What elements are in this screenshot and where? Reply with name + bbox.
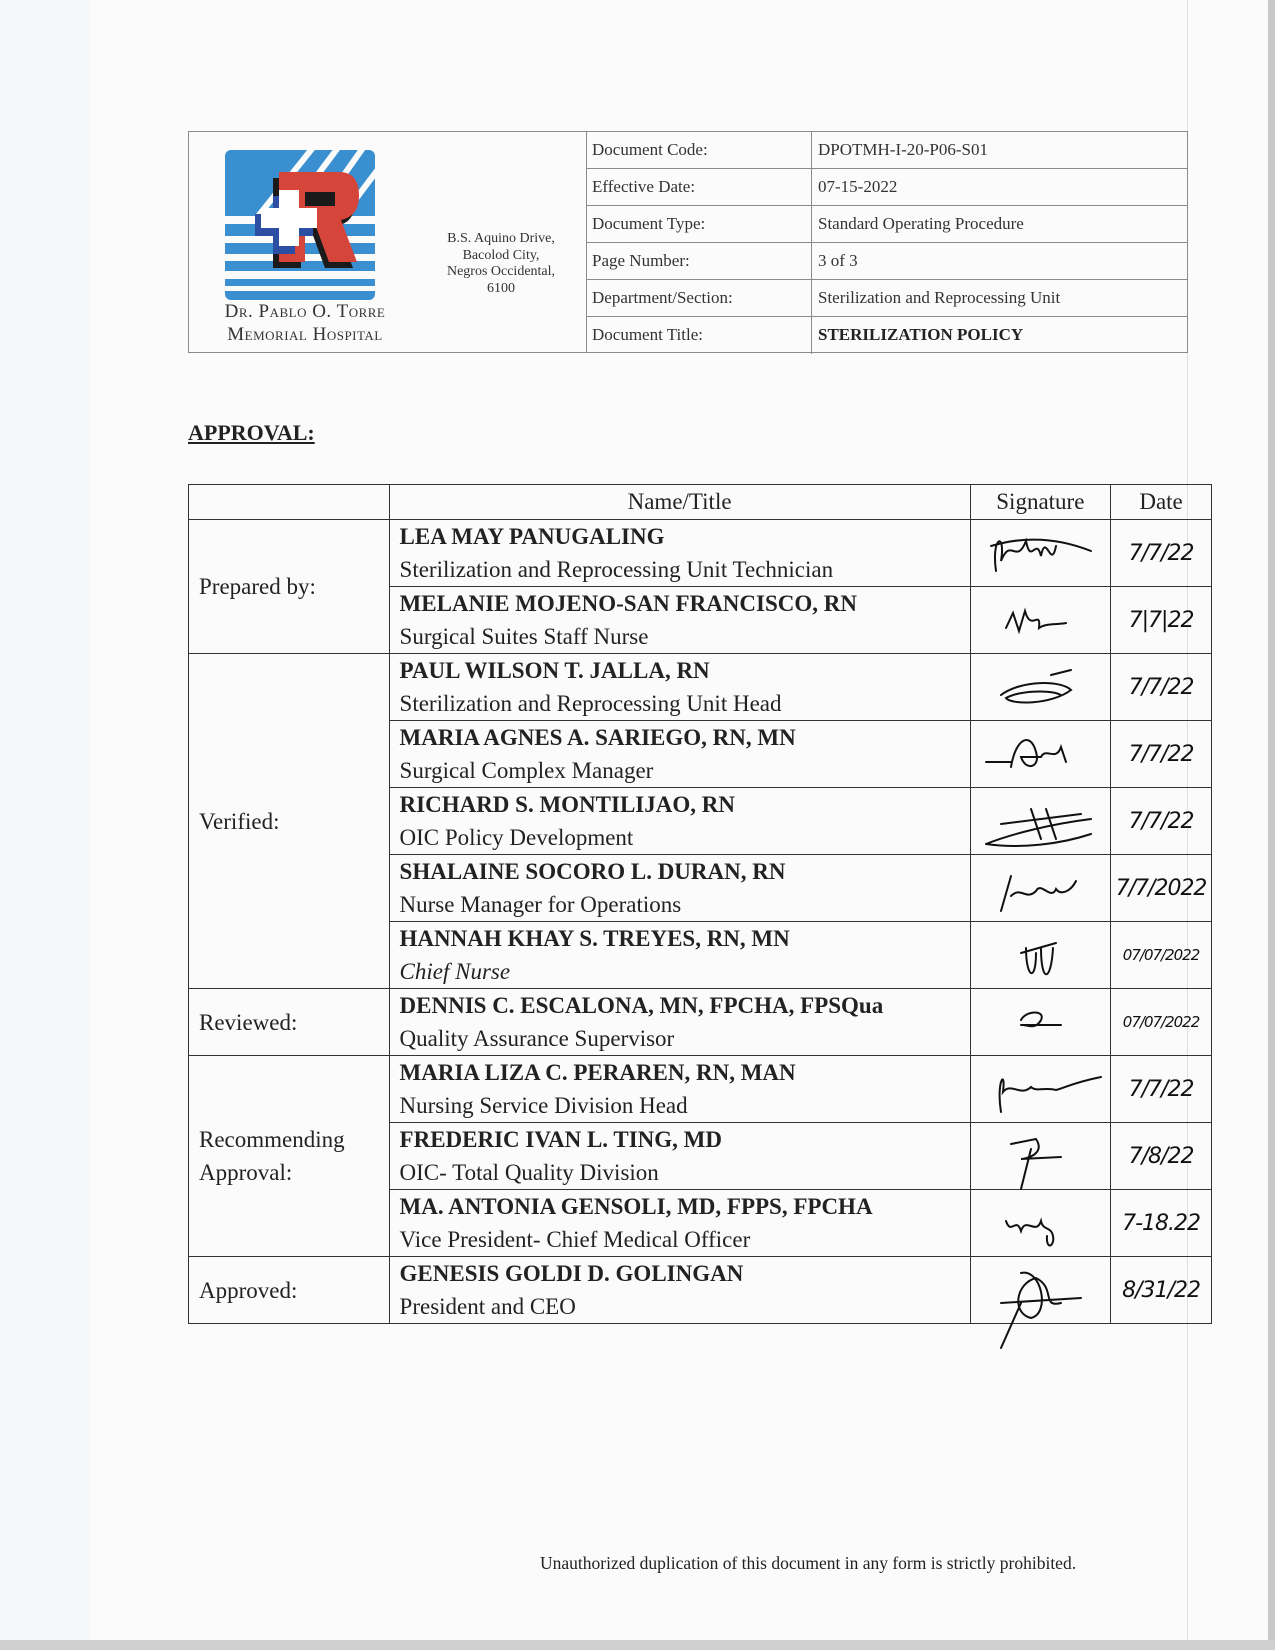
handwritten-signature-icon <box>981 593 1101 649</box>
meta-value: Standard Operating Procedure <box>812 206 1187 242</box>
person-name: PAUL WILSON T. JALLA, RN <box>400 654 970 687</box>
person-cell: FREDERIC IVAN L. TING, MDOIC- Total Qual… <box>389 1123 970 1190</box>
date-cell: 7/7/22 <box>1111 721 1212 788</box>
meta-label: Page Number: <box>586 243 812 279</box>
person-name: SHALAINE SOCORO L. DURAN, RN <box>400 855 970 888</box>
handwritten-date: 7/8/22 <box>1129 1144 1194 1169</box>
handwritten-date: 7/7/22 <box>1129 541 1194 566</box>
meta-value: STERILIZATION POLICY <box>812 317 1187 354</box>
date-cell: 7/7/2022 <box>1111 855 1212 922</box>
person-cell: HANNAH KHAY S. TREYES, RN, MNChief Nurse <box>389 922 970 989</box>
person-title: President and CEO <box>400 1290 970 1323</box>
handwritten-date: 7/7/2022 <box>1116 876 1207 901</box>
role-label: Reviewed: <box>189 989 390 1056</box>
signature-cell <box>970 989 1110 1056</box>
person-cell: MARIA AGNES A. SARIEGO, RN, MNSurgical C… <box>389 721 970 788</box>
person-name: GENESIS GOLDI D. GOLINGAN <box>400 1257 970 1290</box>
signature-cell <box>970 1257 1110 1324</box>
person-title: Chief Nurse <box>400 955 970 988</box>
meta-value: DPOTMH-I-20-P06-S01 <box>812 132 1187 168</box>
handwritten-signature-icon <box>981 794 1101 850</box>
table-row: Reviewed:DENNIS C. ESCALONA, MN, FPCHA, … <box>189 989 1212 1056</box>
date-cell: 07/07/2022 <box>1111 989 1212 1056</box>
handwritten-signature-icon <box>981 995 1101 1051</box>
logo-cell: Dr. Pablo O. Torre Memorial Hospital B.S… <box>189 132 587 352</box>
meta-row-document-type: Document Type: Standard Operating Proced… <box>586 206 1187 243</box>
person-title: Sterilization and Reprocessing Unit Tech… <box>400 553 970 586</box>
date-cell: 7/7/22 <box>1111 520 1212 587</box>
person-title: Sterilization and Reprocessing Unit Head <box>400 687 970 720</box>
person-title: OIC Policy Development <box>400 821 970 854</box>
handwritten-signature-icon <box>981 928 1101 984</box>
date-cell: 7|7|22 <box>1111 587 1212 654</box>
person-title: Vice President- Chief Medical Officer <box>400 1223 970 1256</box>
column-header-date: Date <box>1111 485 1212 520</box>
meta-row-effective-date: Effective Date: 07-15-2022 <box>586 169 1187 206</box>
meta-label: Document Type: <box>586 206 812 242</box>
address-line: B.S. Aquino Drive, <box>421 231 581 248</box>
address-line: 6100 <box>421 281 581 298</box>
signature-cell <box>970 587 1110 654</box>
role-label: Prepared by: <box>189 520 390 654</box>
footer-notice: Unauthorized duplication of this documen… <box>540 1553 1076 1574</box>
date-cell: 7/7/22 <box>1111 654 1212 721</box>
handwritten-signature-icon <box>981 1062 1101 1118</box>
table-row: Recommending Approval:MARIA LIZA C. PERA… <box>189 1056 1212 1123</box>
handwritten-signature-icon <box>981 1263 1101 1319</box>
person-cell: LEA MAY PANUGALINGSterilization and Repr… <box>389 520 970 587</box>
date-cell: 7/7/22 <box>1111 1056 1212 1123</box>
handwritten-date: 07/07/2022 <box>1123 946 1199 964</box>
meta-label: Document Code: <box>586 132 812 168</box>
meta-value: 3 of 3 <box>812 243 1187 279</box>
table-row: Verified:PAUL WILSON T. JALLA, RNSterili… <box>189 654 1212 721</box>
handwritten-signature-icon <box>981 727 1101 783</box>
column-header-role <box>189 485 390 520</box>
meta-label: Department/Section: <box>586 280 812 316</box>
hospital-name: Dr. Pablo O. Torre Memorial Hospital <box>189 300 421 346</box>
handwritten-signature-icon <box>981 861 1101 917</box>
person-title: Nursing Service Division Head <box>400 1089 970 1122</box>
signature-cell <box>970 654 1110 721</box>
person-cell: MELANIE MOJENO-SAN FRANCISCO, RNSurgical… <box>389 587 970 654</box>
signature-cell <box>970 520 1110 587</box>
person-title: OIC- Total Quality Division <box>400 1156 970 1189</box>
handwritten-signature-icon <box>981 526 1101 582</box>
signature-cell <box>970 922 1110 989</box>
person-name: LEA MAY PANUGALING <box>400 520 970 553</box>
hospital-name-line2: Memorial Hospital <box>189 323 421 346</box>
address-line: Negros Occidental, <box>421 264 581 281</box>
person-title: Surgical Complex Manager <box>400 754 970 787</box>
person-cell: PAUL WILSON T. JALLA, RNSterilization an… <box>389 654 970 721</box>
meta-row-document-code: Document Code: DPOTMH-I-20-P06-S01 <box>586 132 1187 169</box>
person-cell: GENESIS GOLDI D. GOLINGANPresident and C… <box>389 1257 970 1324</box>
date-cell: 7/7/22 <box>1111 788 1212 855</box>
meta-label: Effective Date: <box>586 169 812 205</box>
date-cell: 7-18.22 <box>1111 1190 1212 1257</box>
handwritten-date: 7/7/22 <box>1129 1077 1194 1102</box>
signature-cell <box>970 1190 1110 1257</box>
signature-cell <box>970 721 1110 788</box>
meta-label: Document Title: <box>586 317 812 354</box>
approval-table: Name/Title Signature Date Prepared by:LE… <box>188 484 1212 1324</box>
table-header-row: Name/Title Signature Date <box>189 485 1212 520</box>
scan-left-margin <box>0 0 90 1650</box>
person-cell: RICHARD S. MONTILIJAO, RNOIC Policy Deve… <box>389 788 970 855</box>
handwritten-date: 7|7|22 <box>1129 608 1194 633</box>
hospital-name-line1: Dr. Pablo O. Torre <box>189 300 421 323</box>
document-header: Dr. Pablo O. Torre Memorial Hospital B.S… <box>188 131 1188 353</box>
signature-cell <box>970 1123 1110 1190</box>
person-name: MARIA AGNES A. SARIEGO, RN, MN <box>400 721 970 754</box>
person-name: MARIA LIZA C. PERAREN, RN, MAN <box>400 1056 970 1089</box>
signature-cell <box>970 788 1110 855</box>
address-line: Bacolod City, <box>421 248 581 265</box>
handwritten-signature-icon <box>981 660 1101 716</box>
handwritten-date: 8/31/22 <box>1122 1278 1200 1303</box>
date-cell: 7/8/22 <box>1111 1123 1212 1190</box>
person-name: FREDERIC IVAN L. TING, MD <box>400 1123 970 1156</box>
handwritten-signature-icon <box>981 1129 1101 1185</box>
meta-row-document-title: Document Title: STERILIZATION POLICY <box>586 317 1187 354</box>
person-name: DENNIS C. ESCALONA, MN, FPCHA, FPSQua <box>400 989 970 1022</box>
person-name: MELANIE MOJENO-SAN FRANCISCO, RN <box>400 587 970 620</box>
person-cell: DENNIS C. ESCALONA, MN, FPCHA, FPSQuaQua… <box>389 989 970 1056</box>
meta-value: 07-15-2022 <box>812 169 1187 205</box>
person-name: HANNAH KHAY S. TREYES, RN, MN <box>400 922 970 955</box>
approval-heading: APPROVAL: <box>188 420 315 446</box>
table-row: Approved:GENESIS GOLDI D. GOLINGANPresid… <box>189 1257 1212 1324</box>
role-label: Recommending Approval: <box>189 1056 390 1257</box>
column-header-name-title: Name/Title <box>389 485 970 520</box>
hospital-logo-icon <box>225 150 383 315</box>
handwritten-date: 7/7/22 <box>1129 809 1194 834</box>
handwritten-date: 7/7/22 <box>1129 675 1194 700</box>
signature-cell <box>970 1056 1110 1123</box>
scan-right-edge <box>1268 0 1275 1650</box>
handwritten-signature-icon <box>981 1196 1101 1252</box>
person-cell: MA. ANTONIA GENSOLI, MD, FPPS, FPCHAVice… <box>389 1190 970 1257</box>
person-cell: SHALAINE SOCORO L. DURAN, RNNurse Manage… <box>389 855 970 922</box>
role-label: Approved: <box>189 1257 390 1324</box>
person-name: MA. ANTONIA GENSOLI, MD, FPPS, FPCHA <box>400 1190 970 1223</box>
handwritten-date: 7-18.22 <box>1122 1211 1200 1236</box>
table-row: Prepared by:LEA MAY PANUGALINGSterilizat… <box>189 520 1212 587</box>
column-header-signature: Signature <box>970 485 1110 520</box>
person-name: RICHARD S. MONTILIJAO, RN <box>400 788 970 821</box>
handwritten-date: 07/07/2022 <box>1123 1013 1199 1031</box>
meta-value: Sterilization and Reprocessing Unit <box>812 280 1187 316</box>
person-title: Quality Assurance Supervisor <box>400 1022 970 1055</box>
person-cell: MARIA LIZA C. PERAREN, RN, MANNursing Se… <box>389 1056 970 1123</box>
meta-row-department: Department/Section: Sterilization and Re… <box>586 280 1187 317</box>
person-title: Surgical Suites Staff Nurse <box>400 620 970 653</box>
date-cell: 07/07/2022 <box>1111 922 1212 989</box>
meta-row-page-number: Page Number: 3 of 3 <box>586 243 1187 280</box>
signature-cell <box>970 855 1110 922</box>
handwritten-date: 7/7/22 <box>1129 742 1194 767</box>
person-title: Nurse Manager for Operations <box>400 888 970 921</box>
hospital-address: B.S. Aquino Drive, Bacolod City, Negros … <box>421 231 581 297</box>
scan-bottom-edge <box>0 1640 1275 1650</box>
role-label: Verified: <box>189 654 390 989</box>
date-cell: 8/31/22 <box>1111 1257 1212 1324</box>
